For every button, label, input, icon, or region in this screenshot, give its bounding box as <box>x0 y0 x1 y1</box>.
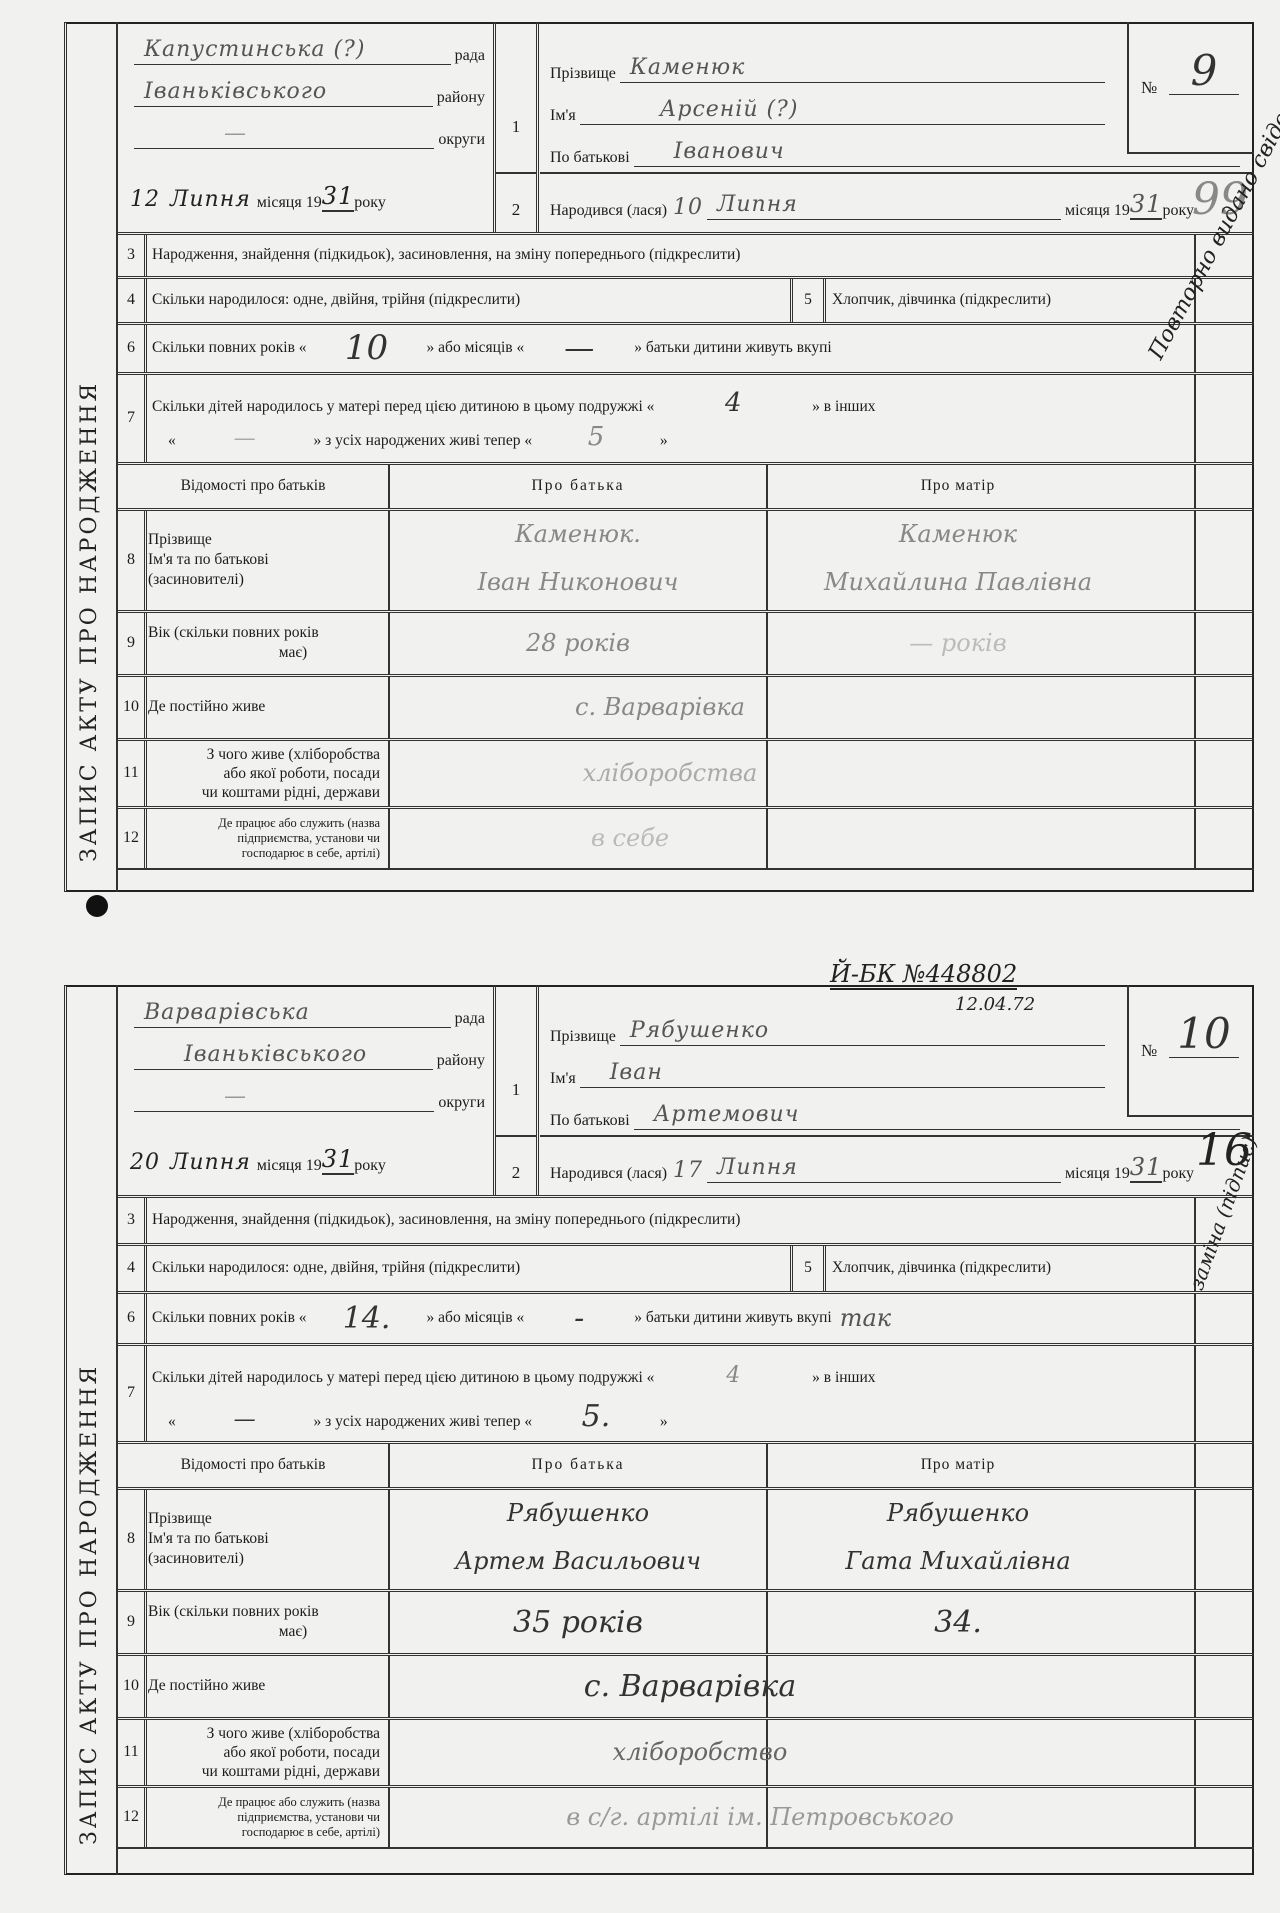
record-number: 9 <box>1169 48 1239 95</box>
prev-children-label: Скільки дітей народилось у матері перед … <box>152 398 654 415</box>
field-number: 2 <box>496 200 536 220</box>
name-label: Ім'я <box>550 1070 576 1088</box>
quote: » <box>660 432 668 449</box>
row-number: 4 <box>118 1245 147 1291</box>
father-name: Іван Никонович <box>390 562 766 602</box>
field-number: 1 <box>496 117 536 137</box>
record-number-box: № 9 <box>1127 22 1254 154</box>
row-4-5: 4 Скільки народилося: одне, двійня, трій… <box>118 1245 1254 1294</box>
name-row-label: Прізвище Ім'я та по батькові (засиновите… <box>148 1489 378 1589</box>
record-number: 10 <box>1169 1011 1239 1058</box>
reg-year-label: року <box>354 194 386 212</box>
punch-hole <box>86 895 108 917</box>
row-number: 7 <box>118 374 147 462</box>
surname-label: Прізвище <box>550 1028 616 1046</box>
row-number: 3 <box>118 234 147 276</box>
born-label: Народився (лася) <box>550 202 667 220</box>
okruhy-value: — <box>224 1084 247 1109</box>
parents-table: Відомості про батьків Про батька Про мат… <box>118 464 1254 892</box>
born-month: Липня <box>717 192 798 217</box>
born-month-label: місяця 19 <box>1065 202 1130 220</box>
surname-label: Прізвище <box>550 65 616 83</box>
father-age: 28 років <box>390 612 766 674</box>
patronymic-value: Іванович <box>674 139 785 164</box>
row-7: 7 Скільки дітей народилось у матері пере… <box>118 1345 1254 1444</box>
child-name-block: Прізвище Рябушенко Ім'я Іван По батькові… <box>540 985 1254 1195</box>
parents-row-10: 10 Де постійно живе с. Варварівка <box>118 676 1254 741</box>
occupation-label: або якої роботи, посади <box>223 1743 380 1762</box>
mother-column-header: Про матір <box>768 1443 1148 1487</box>
father-name: Артем Васильович <box>390 1541 766 1581</box>
reg-date-month: Липня <box>170 1150 251 1175</box>
father-surname: Каменюк. <box>390 514 766 554</box>
reg-date-day: 12 <box>130 187 160 212</box>
workplace-label: господарює в себе, артілі) <box>242 1825 380 1840</box>
reg-date-day: 20 <box>130 1150 160 1175</box>
parents-info-header: Відомості про батьків <box>118 1443 390 1487</box>
parents-row-8: 8 Прізвище Ім'я та по батькові (засинови… <box>118 1489 1254 1592</box>
registry-office-block: Варварівська рада Іваньківського району … <box>118 985 496 1195</box>
parents-row-11: 11 З чого живе (хліборобства або якої ро… <box>118 1719 1254 1788</box>
workplace-label: підприємства, установи чи <box>237 1810 380 1825</box>
mother-column-header: Про матір <box>768 464 1148 508</box>
patronymic-value: Артемович <box>654 1102 800 1127</box>
rada-value: Варварівська <box>144 1000 310 1025</box>
number-label: № <box>1141 1041 1157 1061</box>
side-column: ЗАПИС АКТУ ПРО НАРОДЖЕННЯ <box>64 985 118 1875</box>
born-year: 31 <box>1130 1153 1163 1183</box>
age-label: має) <box>279 643 307 663</box>
months-value: — <box>524 331 634 366</box>
other-children-value: — <box>180 1407 310 1432</box>
sex-text: Хлопчик, дівчинка (підкреслити) <box>832 1245 1051 1291</box>
parents-row-9: 9 Вік (скільки повних років має) 28 рокі… <box>118 612 1254 677</box>
born-label: Народився (лася) <box>550 1165 667 1183</box>
occupation-label: або якої роботи, посади <box>223 764 380 783</box>
row-6: 6 Скільки повних років « 14. » або місяц… <box>118 1293 1254 1346</box>
father-workplace: в с/г. артілі ім. Петровського <box>390 1787 1130 1847</box>
father-column-header: Про батька <box>390 1443 768 1487</box>
quote: « <box>168 1413 176 1430</box>
parents-table: Відомості про батьків Про батька Про мат… <box>118 1443 1254 1873</box>
workplace-label: підприємства, установи чи <box>237 831 380 846</box>
field-number: 1 <box>496 1080 536 1100</box>
father-column-header: Про батька <box>390 464 768 508</box>
years-together-value: 14. <box>307 1301 427 1336</box>
occupation-label: чи коштами рідні, держави <box>202 783 380 802</box>
age-label: Вік (скільки повних років <box>148 1602 319 1622</box>
occupation-label: З чого живе (хліборобства <box>207 1724 380 1743</box>
birth-count-text: Скільки народилося: одне, двійня, трійня… <box>152 1245 520 1291</box>
raion-value: Іваньківського <box>184 1042 367 1067</box>
parents-row-8: 8 Прізвище Ім'я та по батькові (засинови… <box>118 510 1254 613</box>
months-label: » або місяців « <box>427 339 525 357</box>
quote: « <box>168 432 176 449</box>
rada-label: рада <box>455 1010 485 1028</box>
born-day: 17 <box>673 1158 703 1183</box>
child-name-block: Прізвище Каменюк Ім'я Арсеній (?) По бат… <box>540 22 1254 232</box>
alive-value: 5 <box>536 422 656 452</box>
alive-label: » з усіх народжених живі тепер « <box>314 432 533 449</box>
reg-year-label: року <box>354 1157 386 1175</box>
born-year-label: року <box>1162 202 1194 220</box>
row-6: 6 Скільки повних років « 10 » або місяці… <box>118 324 1254 375</box>
raion-label: району <box>437 1052 485 1070</box>
rada-label: рада <box>455 47 485 65</box>
years-together-label: Скільки повних років « <box>152 339 307 357</box>
born-year: 31 <box>1130 190 1163 220</box>
prev-children-value: 4 <box>658 1363 808 1388</box>
years-together-value: 10 <box>307 328 427 368</box>
other-marriages-label: » в інших <box>812 1369 875 1386</box>
parents-live-together-label: » батьки дитини живуть вкупі <box>634 339 832 357</box>
father-residence: с. Варварівка <box>390 1655 990 1717</box>
quote: » <box>660 1413 668 1430</box>
row-number: 4 <box>118 278 147 322</box>
father-residence: с. Варварівка <box>390 676 930 738</box>
workplace-label: Де працює або служить (назва <box>218 1795 380 1810</box>
father-surname: Рябушенко <box>390 1493 766 1533</box>
row-3: 3 Народження, знайдення (підкидьок), зас… <box>118 234 1254 279</box>
months-value: - <box>524 1301 634 1336</box>
record-header: Капустинська (?) рада Іваньківського рай… <box>118 22 1254 235</box>
row-number: 5 <box>790 1245 826 1291</box>
prev-children-label: Скільки дітей народилось у матері перед … <box>152 1369 654 1386</box>
years-together-label: Скільки повних років « <box>152 1309 307 1327</box>
other-marriages-label: » в інших <box>812 398 875 415</box>
father-occupation: хліборобство <box>390 1719 1010 1785</box>
father-workplace: в себе <box>390 808 870 868</box>
name-value: Арсеній (?) <box>660 97 799 122</box>
patronymic-label: По батькові <box>550 1112 630 1130</box>
okruhy-label: округи <box>438 1094 485 1112</box>
age-label: Вік (скільки повних років <box>148 623 319 643</box>
mother-surname: Каменюк <box>768 514 1148 554</box>
row-number: 6 <box>118 324 147 372</box>
born-month-label: місяця 19 <box>1065 1165 1130 1183</box>
occupation-label: З чого живе (хліборобства <box>207 745 380 764</box>
row-4-5: 4 Скільки народилося: одне, двійня, трій… <box>118 278 1254 325</box>
reg-date-month: Липня <box>170 187 251 212</box>
parents-row-10: 10 Де постійно живе с. Варварівка <box>118 1655 1254 1720</box>
row-number: 3 <box>118 1197 147 1243</box>
raion-value: Іваньківського <box>144 79 327 104</box>
okruhy-label: округи <box>438 131 485 149</box>
father-age: 35 років <box>390 1591 766 1653</box>
side-column: ЗАПИС АКТУ ПРО НАРОДЖЕННЯ <box>64 22 118 892</box>
rada-value: Капустинська (?) <box>144 37 365 62</box>
parents-header-row: Відомості про батьків Про батька Про мат… <box>118 1443 1254 1490</box>
mother-age: 34. <box>768 1591 1148 1653</box>
registry-office-block: Капустинська (?) рада Іваньківського рай… <box>118 22 496 232</box>
patronymic-label: По батькові <box>550 149 630 167</box>
record-header: Варварівська рада Іваньківського району … <box>118 985 1254 1198</box>
mother-age: — років <box>768 612 1148 674</box>
field-number: 2 <box>496 1163 536 1183</box>
parents-header-row: Відомості про батьків Про батька Про мат… <box>118 464 1254 511</box>
reg-month-label: місяця 19 <box>257 194 322 212</box>
parents-row-11: 11 З чого живе (хліборобства або якої ро… <box>118 740 1254 809</box>
age-label: має) <box>279 1622 307 1642</box>
row-number: 5 <box>790 278 826 322</box>
birth-record-2: ЗАПИС АКТУ ПРО НАРОДЖЕННЯ Варварівська р… <box>64 985 1254 1875</box>
parents-live-together-value: так <box>840 1304 891 1332</box>
workplace-label: Де працює або служить (назва <box>218 816 380 831</box>
number-label: № <box>1141 78 1157 98</box>
parents-info-header: Відомості про батьків <box>118 464 390 508</box>
born-year-label: року <box>1162 1165 1194 1183</box>
parents-row-9: 9 Вік (скільки повних років має) 35 рокі… <box>118 1591 1254 1656</box>
mother-surname: Рябушенко <box>768 1493 1148 1533</box>
reg-year: 31 <box>322 182 355 212</box>
name-value: Іван <box>610 1060 663 1085</box>
parents-row-12: 12 Де працює або служить (назва підприєм… <box>118 808 1254 870</box>
birth-count-text: Скільки народилося: одне, двійня, трійня… <box>152 278 520 322</box>
sex-text: Хлопчик, дівчинка (підкреслити) <box>832 278 1051 322</box>
name-row-label: Прізвище Ім'я та по батькові (засиновите… <box>148 510 378 610</box>
alive-label: » з усіх народжених живі тепер « <box>314 1413 533 1430</box>
record-number-box: № 10 <box>1127 985 1254 1117</box>
father-occupation: хліборобства <box>390 740 950 806</box>
row-7: 7 Скільки дітей народилось у матері пере… <box>118 374 1254 465</box>
row-number: 6 <box>118 1293 147 1343</box>
reg-month-label: місяця 19 <box>257 1157 322 1175</box>
born-day: 10 <box>673 195 703 220</box>
raion-label: району <box>437 89 485 107</box>
months-label: » або місяців « <box>427 1309 525 1327</box>
row-number: 7 <box>118 1345 147 1441</box>
mother-name: Гата Михайлівна <box>768 1541 1148 1581</box>
okruhy-value: — <box>224 121 247 146</box>
workplace-label: господарює в себе, артілі) <box>242 846 380 861</box>
name-label: Ім'я <box>550 107 576 125</box>
alive-value: 5. <box>536 1399 656 1434</box>
prev-children-value: 4 <box>658 388 808 418</box>
born-month: Липня <box>717 1155 798 1180</box>
mother-name: Михайлина Павлівна <box>768 562 1148 602</box>
row-3: 3 Народження, знайдення (підкидьок), зас… <box>118 1197 1254 1246</box>
parents-live-together-label: » батьки дитини живуть вкупі <box>634 1309 832 1327</box>
surname-value: Рябушенко <box>630 1018 769 1043</box>
reg-year: 31 <box>322 1145 355 1175</box>
birth-type-text: Народження, знайдення (підкидьок), засин… <box>152 1197 740 1243</box>
other-children-value: — <box>180 426 310 451</box>
occupation-label: чи коштами рідні, держави <box>202 1762 380 1781</box>
birth-type-text: Народження, знайдення (підкидьок), засин… <box>152 234 740 276</box>
birth-record-1: ЗАПИС АКТУ ПРО НАРОДЖЕННЯ Капустинська (… <box>64 22 1254 892</box>
parents-row-12: 12 Де працює або служить (назва підприєм… <box>118 1787 1254 1849</box>
surname-value: Каменюк <box>630 55 745 80</box>
